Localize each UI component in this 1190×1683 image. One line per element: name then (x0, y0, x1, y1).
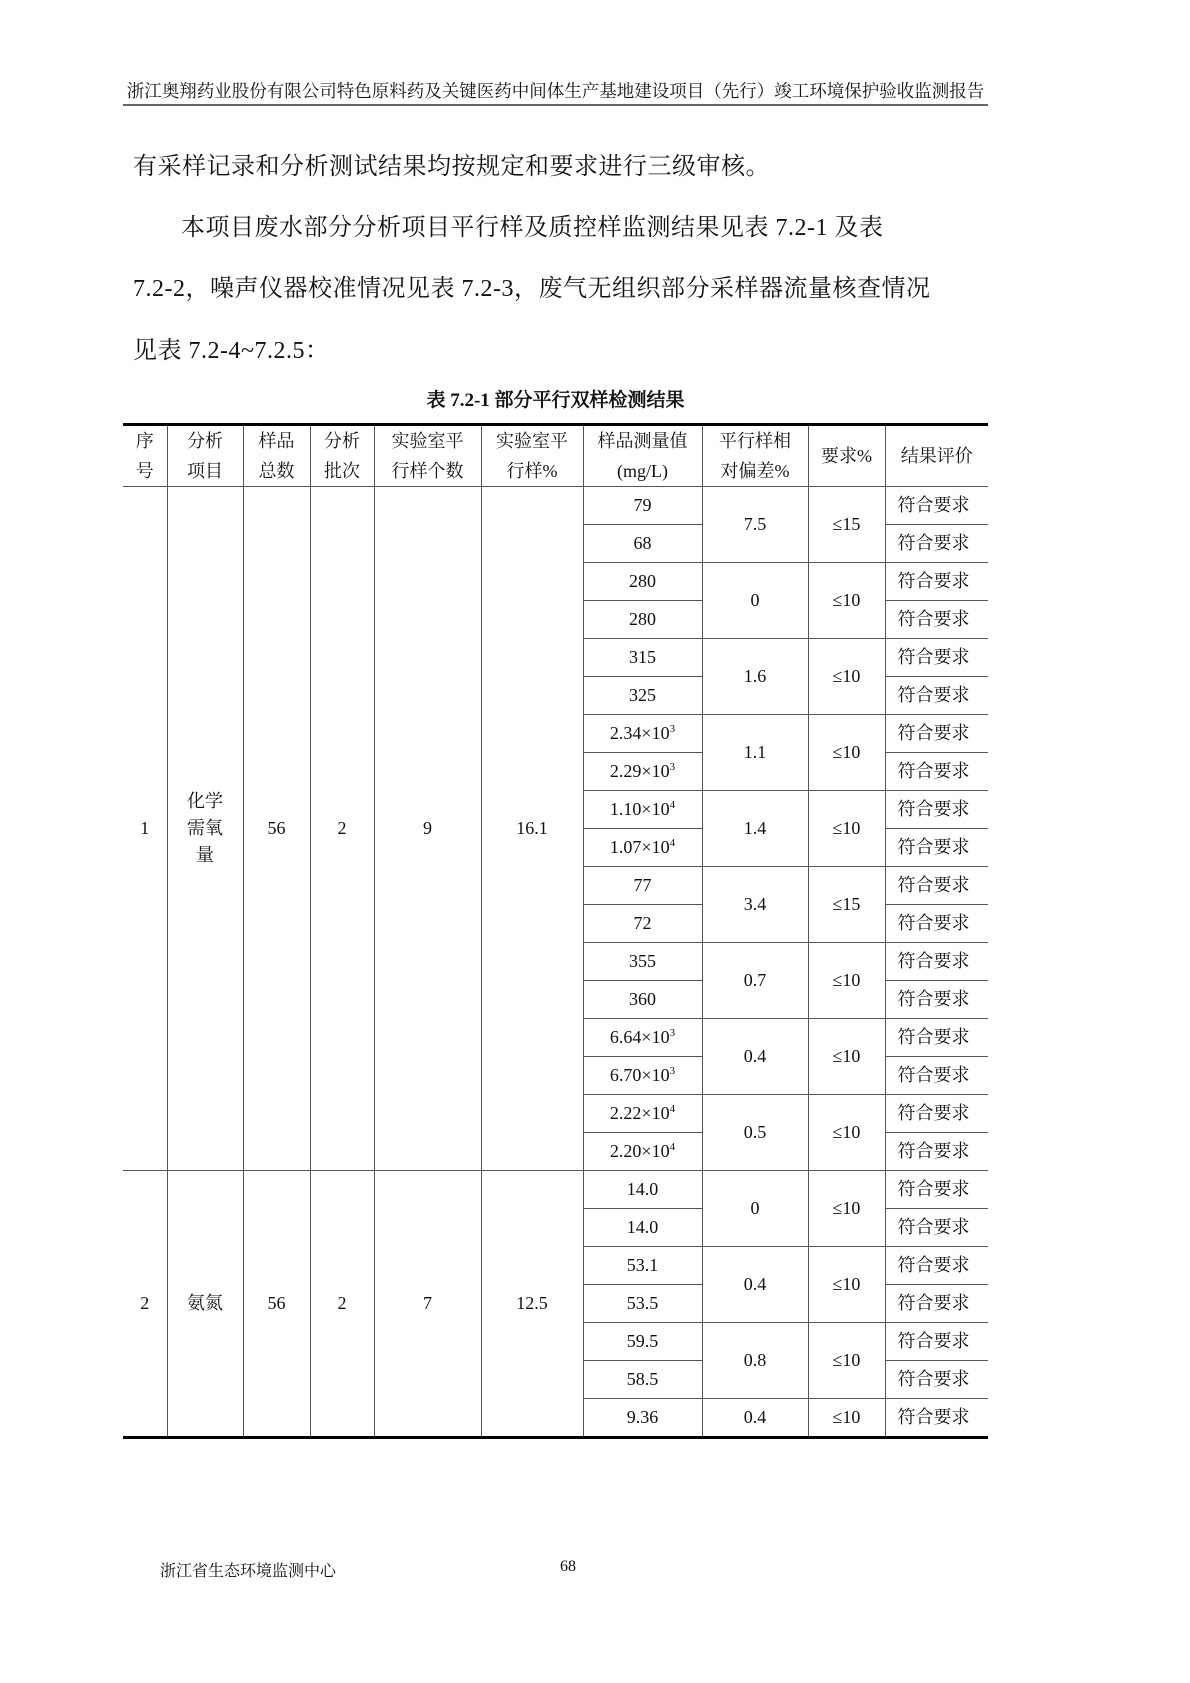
cell-batches: 2 (310, 487, 374, 1171)
cell-result-evaluation: 符合要求 (885, 905, 988, 943)
cell-result-evaluation: 符合要求 (885, 639, 988, 677)
measured-mantissa: 14.0 (627, 1179, 659, 1199)
measured-mantissa: 280 (629, 609, 656, 629)
column-header: 要求% (808, 425, 885, 487)
measured-exponent: 3 (670, 723, 676, 735)
measured-exponent: 3 (670, 1065, 676, 1077)
cell-requirement: ≤10 (808, 1247, 885, 1323)
measured-mantissa: 6.70×10 (610, 1065, 670, 1085)
measured-exponent: 4 (670, 1141, 676, 1153)
column-header-line: 样品测量值 (584, 426, 702, 456)
cell-measured-value: 58.5 (583, 1361, 702, 1399)
column-header: 分析项目 (167, 425, 243, 487)
cell-requirement: ≤10 (808, 1095, 885, 1171)
cell-measured-value: 2.22×104 (583, 1095, 702, 1133)
measured-exponent: 4 (670, 1103, 676, 1115)
measured-mantissa: 14.0 (627, 1217, 659, 1237)
column-header-line: 分析 (311, 426, 374, 456)
column-header: 实验室平行样% (481, 425, 583, 487)
cell-result-evaluation: 符合要求 (885, 677, 988, 715)
measured-exponent: 3 (670, 1027, 676, 1039)
cell-lab-parallel-pct: 16.1 (481, 487, 583, 1171)
measured-mantissa: 53.5 (627, 1293, 659, 1313)
cell-batches: 2 (310, 1171, 374, 1438)
cell-requirement: ≤15 (808, 487, 885, 563)
cell-result-evaluation: 符合要求 (885, 1285, 988, 1323)
cell-result-evaluation: 符合要求 (885, 981, 988, 1019)
cell-relative-deviation: 1.1 (702, 715, 808, 791)
cell-lab-parallel-count: 9 (374, 487, 481, 1171)
cell-result-evaluation: 符合要求 (885, 1323, 988, 1361)
cell-relative-deviation: 1.6 (702, 639, 808, 715)
cell-requirement: ≤10 (808, 1019, 885, 1095)
cell-result-evaluation: 符合要求 (885, 563, 988, 601)
cell-result-evaluation: 符合要求 (885, 753, 988, 791)
column-header-line: 总数 (244, 456, 310, 486)
cell-result-evaluation: 符合要求 (885, 1095, 988, 1133)
column-header-line: 分析 (168, 426, 243, 456)
cell-result-evaluation: 符合要求 (885, 1133, 988, 1171)
column-header-line: 批次 (311, 456, 374, 486)
cell-result-evaluation: 符合要求 (885, 829, 988, 867)
table-body: 1化学需氧量562916.1797.5≤15符合要求68符合要求2800≤10符… (123, 487, 988, 1438)
measured-mantissa: 79 (634, 495, 652, 515)
cell-relative-deviation: 1.4 (702, 791, 808, 867)
measured-mantissa: 2.22×10 (610, 1103, 670, 1123)
measured-mantissa: 53.1 (627, 1255, 659, 1275)
body-paragraph-line-4: 见表 7.2-4~7.2.5： (133, 330, 329, 365)
measured-mantissa: 72 (634, 913, 652, 933)
cell-measured-value: 315 (583, 639, 702, 677)
cell-result-evaluation: 符合要求 (885, 1209, 988, 1247)
cell-result-evaluation: 符合要求 (885, 867, 988, 905)
cell-requirement: ≤10 (808, 1171, 885, 1247)
cell-result-evaluation: 符合要求 (885, 1399, 988, 1438)
cell-lab-parallel-pct: 12.5 (481, 1171, 583, 1438)
footer-organization: 浙江省生态环境监测中心 (160, 1558, 336, 1581)
measured-mantissa: 2.34×10 (610, 723, 670, 743)
cell-measured-value: 1.10×104 (583, 791, 702, 829)
measured-exponent: 3 (670, 761, 676, 773)
column-header-line: 对偏差% (703, 456, 808, 486)
running-header-title: 浙江奥翔药业股份有限公司特色原料药及关键医药中间体生产基地建设项目（先行）竣工环… (123, 78, 988, 103)
measured-mantissa: 6.64×10 (610, 1027, 670, 1047)
column-header-line: 实验室平 (482, 426, 583, 456)
cell-result-evaluation: 符合要求 (885, 487, 988, 525)
cell-measured-value: 53.5 (583, 1285, 702, 1323)
cell-measured-value: 2.20×104 (583, 1133, 702, 1171)
measured-mantissa: 1.10×10 (610, 799, 670, 819)
page-number: 68 (560, 1558, 576, 1576)
analysis-item-line: 化学 (168, 788, 243, 815)
cell-measured-value: 325 (583, 677, 702, 715)
cell-requirement: ≤10 (808, 1399, 885, 1438)
cell-result-evaluation: 符合要求 (885, 601, 988, 639)
cell-measured-value: 360 (583, 981, 702, 1019)
cell-measured-value: 77 (583, 867, 702, 905)
analysis-item-line: 氨氮 (168, 1290, 243, 1317)
cell-result-evaluation: 符合要求 (885, 1057, 988, 1095)
column-header-line: 样品 (244, 426, 310, 456)
cell-result-evaluation: 符合要求 (885, 1247, 988, 1285)
cell-result-evaluation: 符合要求 (885, 1171, 988, 1209)
cell-requirement: ≤10 (808, 943, 885, 1019)
cell-relative-deviation: 0.4 (702, 1247, 808, 1323)
cell-measured-value: 355 (583, 943, 702, 981)
cell-measured-value: 9.36 (583, 1399, 702, 1438)
cell-analysis-item: 氨氮 (167, 1171, 243, 1438)
measured-mantissa: 2.20×10 (610, 1141, 670, 1161)
cell-measured-value: 59.5 (583, 1323, 702, 1361)
column-header-line: 要求% (809, 441, 885, 471)
column-header: 平行样相对偏差% (702, 425, 808, 487)
cell-measured-value: 2.29×103 (583, 753, 702, 791)
column-header-line: 行样% (482, 456, 583, 486)
cell-measured-value: 79 (583, 487, 702, 525)
cell-result-evaluation: 符合要求 (885, 1019, 988, 1057)
column-header-line: 号 (123, 456, 167, 486)
measured-mantissa: 9.36 (627, 1407, 659, 1427)
cell-result-evaluation: 符合要求 (885, 943, 988, 981)
cell-measured-value: 53.1 (583, 1247, 702, 1285)
cell-result-evaluation: 符合要求 (885, 791, 988, 829)
cell-result-evaluation: 符合要求 (885, 525, 988, 563)
cell-requirement: ≤10 (808, 639, 885, 715)
column-header-line: 行样个数 (375, 456, 481, 486)
cell-relative-deviation: 0 (702, 1171, 808, 1247)
measured-mantissa: 58.5 (627, 1369, 659, 1389)
body-paragraph-line-3: 7.2-2，噪声仪器校准情况见表 7.2-3，废气无组织部分采样器流量核查情况 (133, 268, 930, 303)
cell-relative-deviation: 7.5 (702, 487, 808, 563)
measured-mantissa: 59.5 (627, 1331, 659, 1351)
cell-measured-value: 6.64×103 (583, 1019, 702, 1057)
column-header-line: 序 (123, 426, 167, 456)
cell-relative-deviation: 3.4 (702, 867, 808, 943)
cell-requirement: ≤15 (808, 867, 885, 943)
cell-sample-total: 56 (243, 487, 310, 1171)
column-header: 分析批次 (310, 425, 374, 487)
cell-relative-deviation: 0.4 (702, 1399, 808, 1438)
measured-mantissa: 315 (629, 647, 656, 667)
column-header: 样品测量值(mg/L) (583, 425, 702, 487)
cell-relative-deviation: 0.5 (702, 1095, 808, 1171)
measured-mantissa: 77 (634, 875, 652, 895)
cell-result-evaluation: 符合要求 (885, 1361, 988, 1399)
cell-measured-value: 280 (583, 563, 702, 601)
measured-exponent: 4 (670, 799, 676, 811)
cell-measured-value: 14.0 (583, 1209, 702, 1247)
analysis-item-line: 量 (168, 842, 243, 869)
column-header: 样品总数 (243, 425, 310, 487)
measured-mantissa: 325 (629, 685, 656, 705)
measured-mantissa: 360 (629, 989, 656, 1009)
cell-requirement: ≤10 (808, 563, 885, 639)
cell-result-evaluation: 符合要求 (885, 715, 988, 753)
measured-mantissa: 68 (634, 533, 652, 553)
cell-measured-value: 280 (583, 601, 702, 639)
analysis-item-line: 需氧 (168, 815, 243, 842)
cell-measured-value: 6.70×103 (583, 1057, 702, 1095)
cell-measured-value: 14.0 (583, 1171, 702, 1209)
column-header: 实验室平行样个数 (374, 425, 481, 487)
measured-mantissa: 280 (629, 571, 656, 591)
header-divider (123, 104, 988, 106)
cell-analysis-item: 化学需氧量 (167, 487, 243, 1171)
column-header-line: 项目 (168, 456, 243, 486)
column-header: 结果评价 (885, 425, 988, 487)
cell-measured-value: 68 (583, 525, 702, 563)
table-caption: 表 7.2-1 部分平行双样检测结果 (123, 385, 988, 412)
cell-relative-deviation: 0.7 (702, 943, 808, 1019)
cell-lab-parallel-count: 7 (374, 1171, 481, 1438)
table-row: 1化学需氧量562916.1797.5≤15符合要求 (123, 487, 988, 525)
cell-relative-deviation: 0.8 (702, 1323, 808, 1399)
cell-requirement: ≤10 (808, 1323, 885, 1399)
table-header: 序号分析项目样品总数分析批次实验室平行样个数实验室平行样%样品测量值(mg/L)… (123, 425, 988, 487)
cell-relative-deviation: 0.4 (702, 1019, 808, 1095)
parallel-sample-results-table: 序号分析项目样品总数分析批次实验室平行样个数实验室平行样%样品测量值(mg/L)… (123, 423, 988, 1439)
measured-exponent: 4 (670, 837, 676, 849)
measured-mantissa: 2.29×10 (610, 761, 670, 781)
cell-measured-value: 1.07×104 (583, 829, 702, 867)
cell-requirement: ≤10 (808, 715, 885, 791)
cell-measured-value: 72 (583, 905, 702, 943)
cell-measured-value: 2.34×103 (583, 715, 702, 753)
column-header-line: 平行样相 (703, 426, 808, 456)
table-row: 2氨氮562712.514.00≤10符合要求 (123, 1171, 988, 1209)
column-header-line: (mg/L) (584, 456, 702, 486)
measured-mantissa: 1.07×10 (610, 837, 670, 857)
cell-sample-total: 56 (243, 1171, 310, 1438)
cell-requirement: ≤10 (808, 791, 885, 867)
cell-seq: 1 (123, 487, 167, 1171)
cell-relative-deviation: 0 (702, 563, 808, 639)
body-paragraph-line-1: 有采样记录和分析测试结果均按规定和要求进行三级审核。 (133, 146, 770, 181)
column-header-line: 实验室平 (375, 426, 481, 456)
column-header-line: 结果评价 (886, 441, 989, 471)
cell-seq: 2 (123, 1171, 167, 1438)
column-header: 序号 (123, 425, 167, 487)
body-paragraph-line-2: 本项目废水部分分析项目平行样及质控样监测结果见表 7.2-1 及表 (181, 207, 884, 242)
measured-mantissa: 355 (629, 951, 656, 971)
